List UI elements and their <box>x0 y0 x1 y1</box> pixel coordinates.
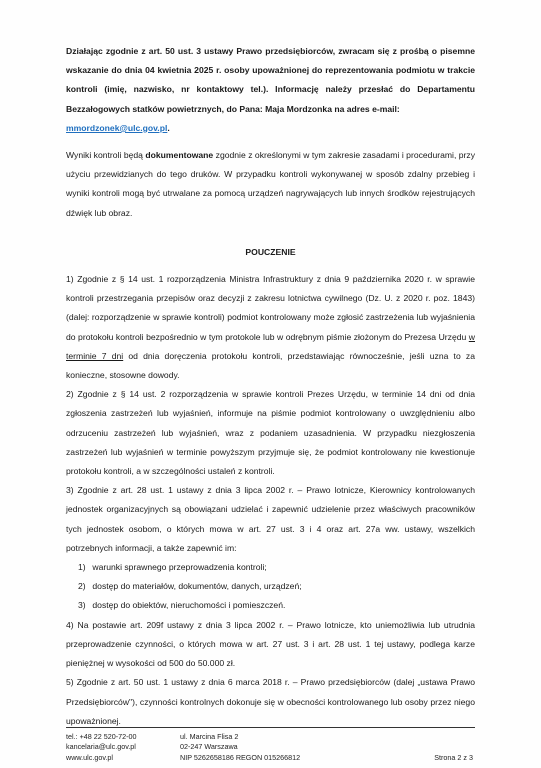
contact-email-link[interactable]: mmordzonek@ulc.gov.pl <box>66 123 167 133</box>
intro-email-suffix: . <box>167 123 169 133</box>
footer-contact: tel.: +48 22 520-72-00 kancelaria@ulc.go… <box>66 732 137 763</box>
sublist-number: 2) <box>78 577 90 596</box>
footer-street: ul. Marcina Flisa 2 <box>180 732 300 742</box>
section-heading: POUCZENIE <box>66 243 475 262</box>
item-3-sublist: 1) warunki sprawnego przeprowadzenia kon… <box>66 558 475 616</box>
results-bold-term: dokumentowane <box>145 150 213 160</box>
footer-address: ul. Marcina Flisa 2 02-247 Warszawa NIP … <box>180 732 300 763</box>
instruction-item-3: 3) Zgodnie z art. 28 ust. 1 ustawy z dni… <box>66 481 475 558</box>
sublist-number: 3) <box>78 596 90 615</box>
instruction-item-1: 1) Zgodnie z § 14 ust. 1 rozporządzenia … <box>66 270 475 385</box>
sublist-item: 3) dostęp do obiektów, nieruchomości i p… <box>66 596 475 615</box>
results-text-post: zgodnie z określonymi w tym zakresie zas… <box>66 150 475 218</box>
results-paragraph: Wyniki kontroli będą dokumentowane zgodn… <box>66 146 475 223</box>
instruction-item-5: 5) Zgodnie z art. 50 ust. 1 ustawy z dni… <box>66 673 475 731</box>
sublist-text: dostęp do materiałów, dokumentów, danych… <box>92 581 301 591</box>
footer-phone: tel.: +48 22 520-72-00 <box>66 732 137 742</box>
intro-line-4: Bezzałogowych statków powietrznych, do P… <box>66 104 400 114</box>
results-text-pre: Wyniki kontroli będą <box>66 150 145 160</box>
footer-email[interactable]: kancelaria@ulc.gov.pl <box>66 742 137 752</box>
intro-paragraph: Działając zgodnie z art. 50 ust. 3 ustaw… <box>66 42 475 138</box>
intro-line-2: wskazanie do dnia 04 kwietnia 2025 r. os… <box>66 65 444 75</box>
document-body: Działając zgodnie z art. 50 ust. 3 ustaw… <box>66 42 475 731</box>
item-1-text-post: od dnia doręczenia protokołu kontroli, p… <box>66 351 475 380</box>
instruction-item-2: 2) Zgodnie z § 14 ust. 2 rozporządzenia … <box>66 385 475 481</box>
intro-line-1: Działając zgodnie z art. 50 ust. 3 ustaw… <box>66 46 475 56</box>
footer-website[interactable]: www.ulc.gov.pl <box>66 753 137 763</box>
item-1-text-pre: 1) Zgodnie z § 14 ust. 1 rozporządzenia … <box>66 274 475 342</box>
footer-divider <box>66 727 475 728</box>
page-number: Strona 2 z 3 <box>434 753 473 763</box>
document-page: Działając zgodnie z art. 50 ust. 3 ustaw… <box>0 0 541 768</box>
sublist-text: warunki sprawnego przeprowadzenia kontro… <box>92 562 266 572</box>
sublist-item: 2) dostęp do materiałów, dokumentów, dan… <box>66 577 475 596</box>
sublist-item: 1) warunki sprawnego przeprowadzenia kon… <box>66 558 475 577</box>
footer-city: 02-247 Warszawa <box>180 742 300 752</box>
sublist-text: dostęp do obiektów, nieruchomości i pomi… <box>92 600 285 610</box>
instruction-item-4: 4) Na postawie art. 209f ustawy z dnia 3… <box>66 616 475 674</box>
sublist-number: 1) <box>78 558 90 577</box>
footer-ids: NIP 5262658186 REGON 015266812 <box>180 753 300 763</box>
